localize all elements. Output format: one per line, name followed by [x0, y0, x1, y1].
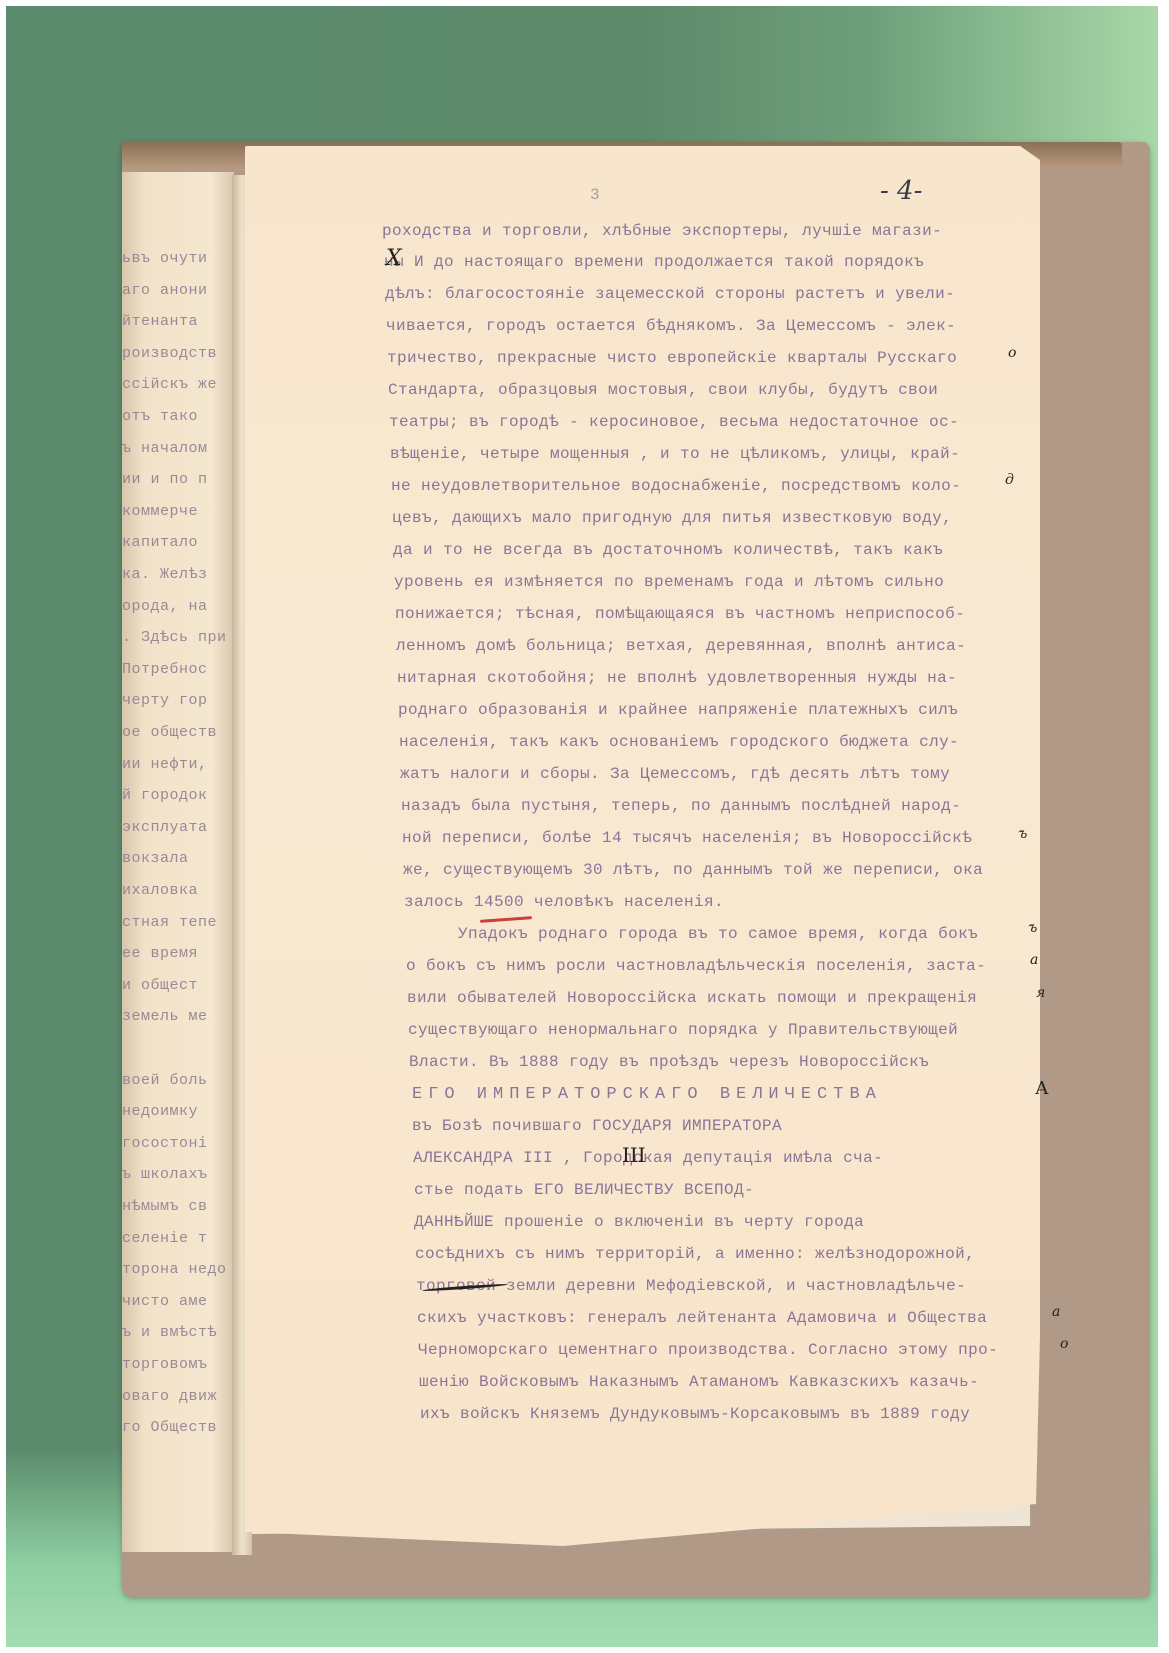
correction-mark: д [1005, 472, 1014, 488]
underlying-page-strip: ьвъ очутиаго анонийтенантароизводствссій… [122, 172, 234, 1552]
correction-mark: ъ [1018, 826, 1027, 842]
text-line: о бокъ съ нимъ росли частновладѣльческія… [406, 957, 986, 975]
underlying-text-line: селеніе т [122, 1230, 208, 1247]
text-line: да и то не всегда въ достаточномъ количе… [393, 541, 943, 559]
underlying-text-line: отъ тако [122, 408, 198, 425]
text-line: нитарная скотобойня; не вполнѣ удовлетво… [397, 669, 957, 687]
underlying-text-line: оваго движ [122, 1388, 217, 1405]
text-line: ЕГО ИМПЕРАТОРСКАГО ВЕЛИЧЕСТВА [412, 1085, 882, 1104]
correction-mark: о [1008, 345, 1016, 361]
underlying-text-line: недоимку [122, 1103, 198, 1120]
text-line: Упадокъ роднаго города въ то самое время… [458, 925, 978, 943]
correction-mark: ъ [1028, 920, 1037, 936]
text-line: не неудовлетворительное водоснабженіе, п… [391, 477, 961, 495]
text-line: роднаго образованія и крайнее напряженіе… [398, 701, 958, 719]
underlying-text-line: йтенанта [122, 313, 198, 330]
underlying-text-line: ссійскъ же [122, 376, 217, 393]
text-line: залось 14500 человѣкъ населенія. [404, 893, 724, 911]
text-line: стье подать ЕГО ВЕЛИЧЕСТВУ ВСЕПОД- [414, 1181, 754, 1199]
insertion-mark-x: X [386, 246, 402, 271]
underlying-text-line: вокзала [122, 850, 189, 867]
underlying-text-line: аго анони [122, 282, 208, 299]
text-line: же, существующемъ 30 лѣтъ, по даннымъ то… [403, 861, 983, 879]
text-line: скихъ участковъ: генералъ лейтенанта Ада… [417, 1309, 987, 1327]
text-line: назадъ была пустыня, теперь, по даннымъ … [401, 797, 961, 815]
text-line: уровень ея измѣняется по временамъ года … [394, 573, 944, 591]
text-line: Черноморскаго цементнаго производства. С… [418, 1341, 998, 1359]
text-line: населенія, такъ какъ основаніемъ городск… [399, 733, 959, 751]
underlying-text-line: го Обществ [122, 1419, 217, 1436]
underlying-text-line: орода, на [122, 598, 208, 615]
text-line: въ Бозѣ почившаго ГОСУДАРЯ ИМПЕРАТОРА [412, 1117, 782, 1135]
regnal-numeral-mark: III [622, 1143, 646, 1167]
text-line: вѣщеніе, четыре мощенныя , и то не цѣлик… [390, 445, 960, 463]
underlying-text-line: ее время [122, 945, 198, 962]
text-line: ленномъ домѣ больница; ветхая, деревянна… [396, 637, 966, 655]
underlying-text-line: ое обществ [122, 724, 217, 741]
text-line: ДАННѢЙШЕ прошеніе о включеніи въ черту г… [414, 1213, 864, 1231]
text-line: понижается; тѣсная, помѣщающаяся въ част… [395, 605, 965, 623]
underlying-text-line: воей боль [122, 1072, 208, 1089]
underlying-text-line: й городок [122, 787, 208, 804]
text-line: шенію Войсковымъ Наказнымъ Атаманомъ Кав… [419, 1373, 979, 1391]
underlying-text-line: нѣмымъ св [122, 1198, 208, 1215]
text-line: АЛЕКСАНДРА III , Городская депутація имѣ… [413, 1149, 883, 1167]
underlying-text-line: роизводств [122, 345, 217, 362]
underlying-text-line: земель ме [122, 1008, 208, 1025]
underlying-text-line: ъ началом [122, 440, 208, 457]
underlying-text-line: ии нефти, [122, 756, 208, 773]
text-line: Власти. Въ 1888 году въ проѣздъ черезъ Н… [409, 1053, 929, 1071]
underlying-text-line: капитало [122, 534, 198, 551]
text-line: цевъ, дающихъ мало пригодную для питья и… [392, 509, 952, 527]
underlying-text-line: ии и по п [122, 471, 208, 488]
text-line: вили обывателей Новороссійска искать пом… [407, 989, 977, 1007]
underlying-text-line: ихаловка [122, 882, 198, 899]
underlying-text-line: стная тепе [122, 914, 217, 931]
text-line: существующаго ненормальнаго порядка у Пр… [408, 1021, 958, 1039]
underlying-text-line: эксплуата [122, 819, 208, 836]
text-line: чивается, городъ остается бѣднякомъ. За … [386, 317, 956, 335]
correction-mark: я [1036, 985, 1045, 1001]
underlying-text-line: . Здѣсь при [122, 629, 227, 646]
typed-page-number: 3 [590, 186, 600, 204]
correction-mark: а [1052, 1304, 1060, 1320]
underlying-text-line: и общест [122, 977, 198, 994]
underlying-text-line: торона недо [122, 1261, 227, 1278]
underlying-text-line: ьвъ очути [122, 250, 208, 267]
underlying-text-line: коммерче [122, 503, 198, 520]
underlying-text-line: торговомъ [122, 1356, 208, 1373]
underlying-text-line: черту гор [122, 692, 208, 709]
text-line: тричество, прекрасные чисто европейскіе … [387, 349, 957, 367]
correction-mark: а [1030, 952, 1038, 968]
handwritten-page-number: - 4- [880, 176, 922, 206]
underlying-text-line: ка. Желѣз [122, 566, 208, 583]
text-line: ихъ войскъ Княземъ Дундуковымъ-Корсаковы… [420, 1405, 970, 1423]
underlying-text-line: Потребнос [122, 661, 208, 678]
text-line: Стандарта, образцовыя мостовыя, свои клу… [388, 381, 938, 399]
text-line: сосѣднихъ съ нимъ территорій, а именно: … [415, 1245, 975, 1263]
text-line: ны И до настоящаго времени продолжается … [384, 253, 924, 271]
text-line: театры; въ городѣ - керосиновое, весьма … [389, 413, 959, 431]
correction-mark: о [1060, 1336, 1068, 1352]
text-line: жатъ налоги и сборы. За Цемессомъ, гдѣ д… [400, 765, 950, 783]
text-line: ной переписи, болѣе 14 тысячъ населенія;… [402, 829, 972, 847]
underlying-text-line: чисто аме [122, 1293, 208, 1310]
underlying-text-line: ъ школахъ [122, 1166, 208, 1183]
correction-mark: А [1035, 1078, 1049, 1099]
underlying-text-line: ъ и вмѣстѣ [122, 1324, 217, 1341]
underlying-text-line: госостоні [122, 1135, 208, 1152]
text-line: дѣлъ: благосостояніе зацемесской стороны… [385, 285, 955, 303]
text-line: роходства и торговли, хлѣбные экспортеры… [382, 222, 942, 240]
